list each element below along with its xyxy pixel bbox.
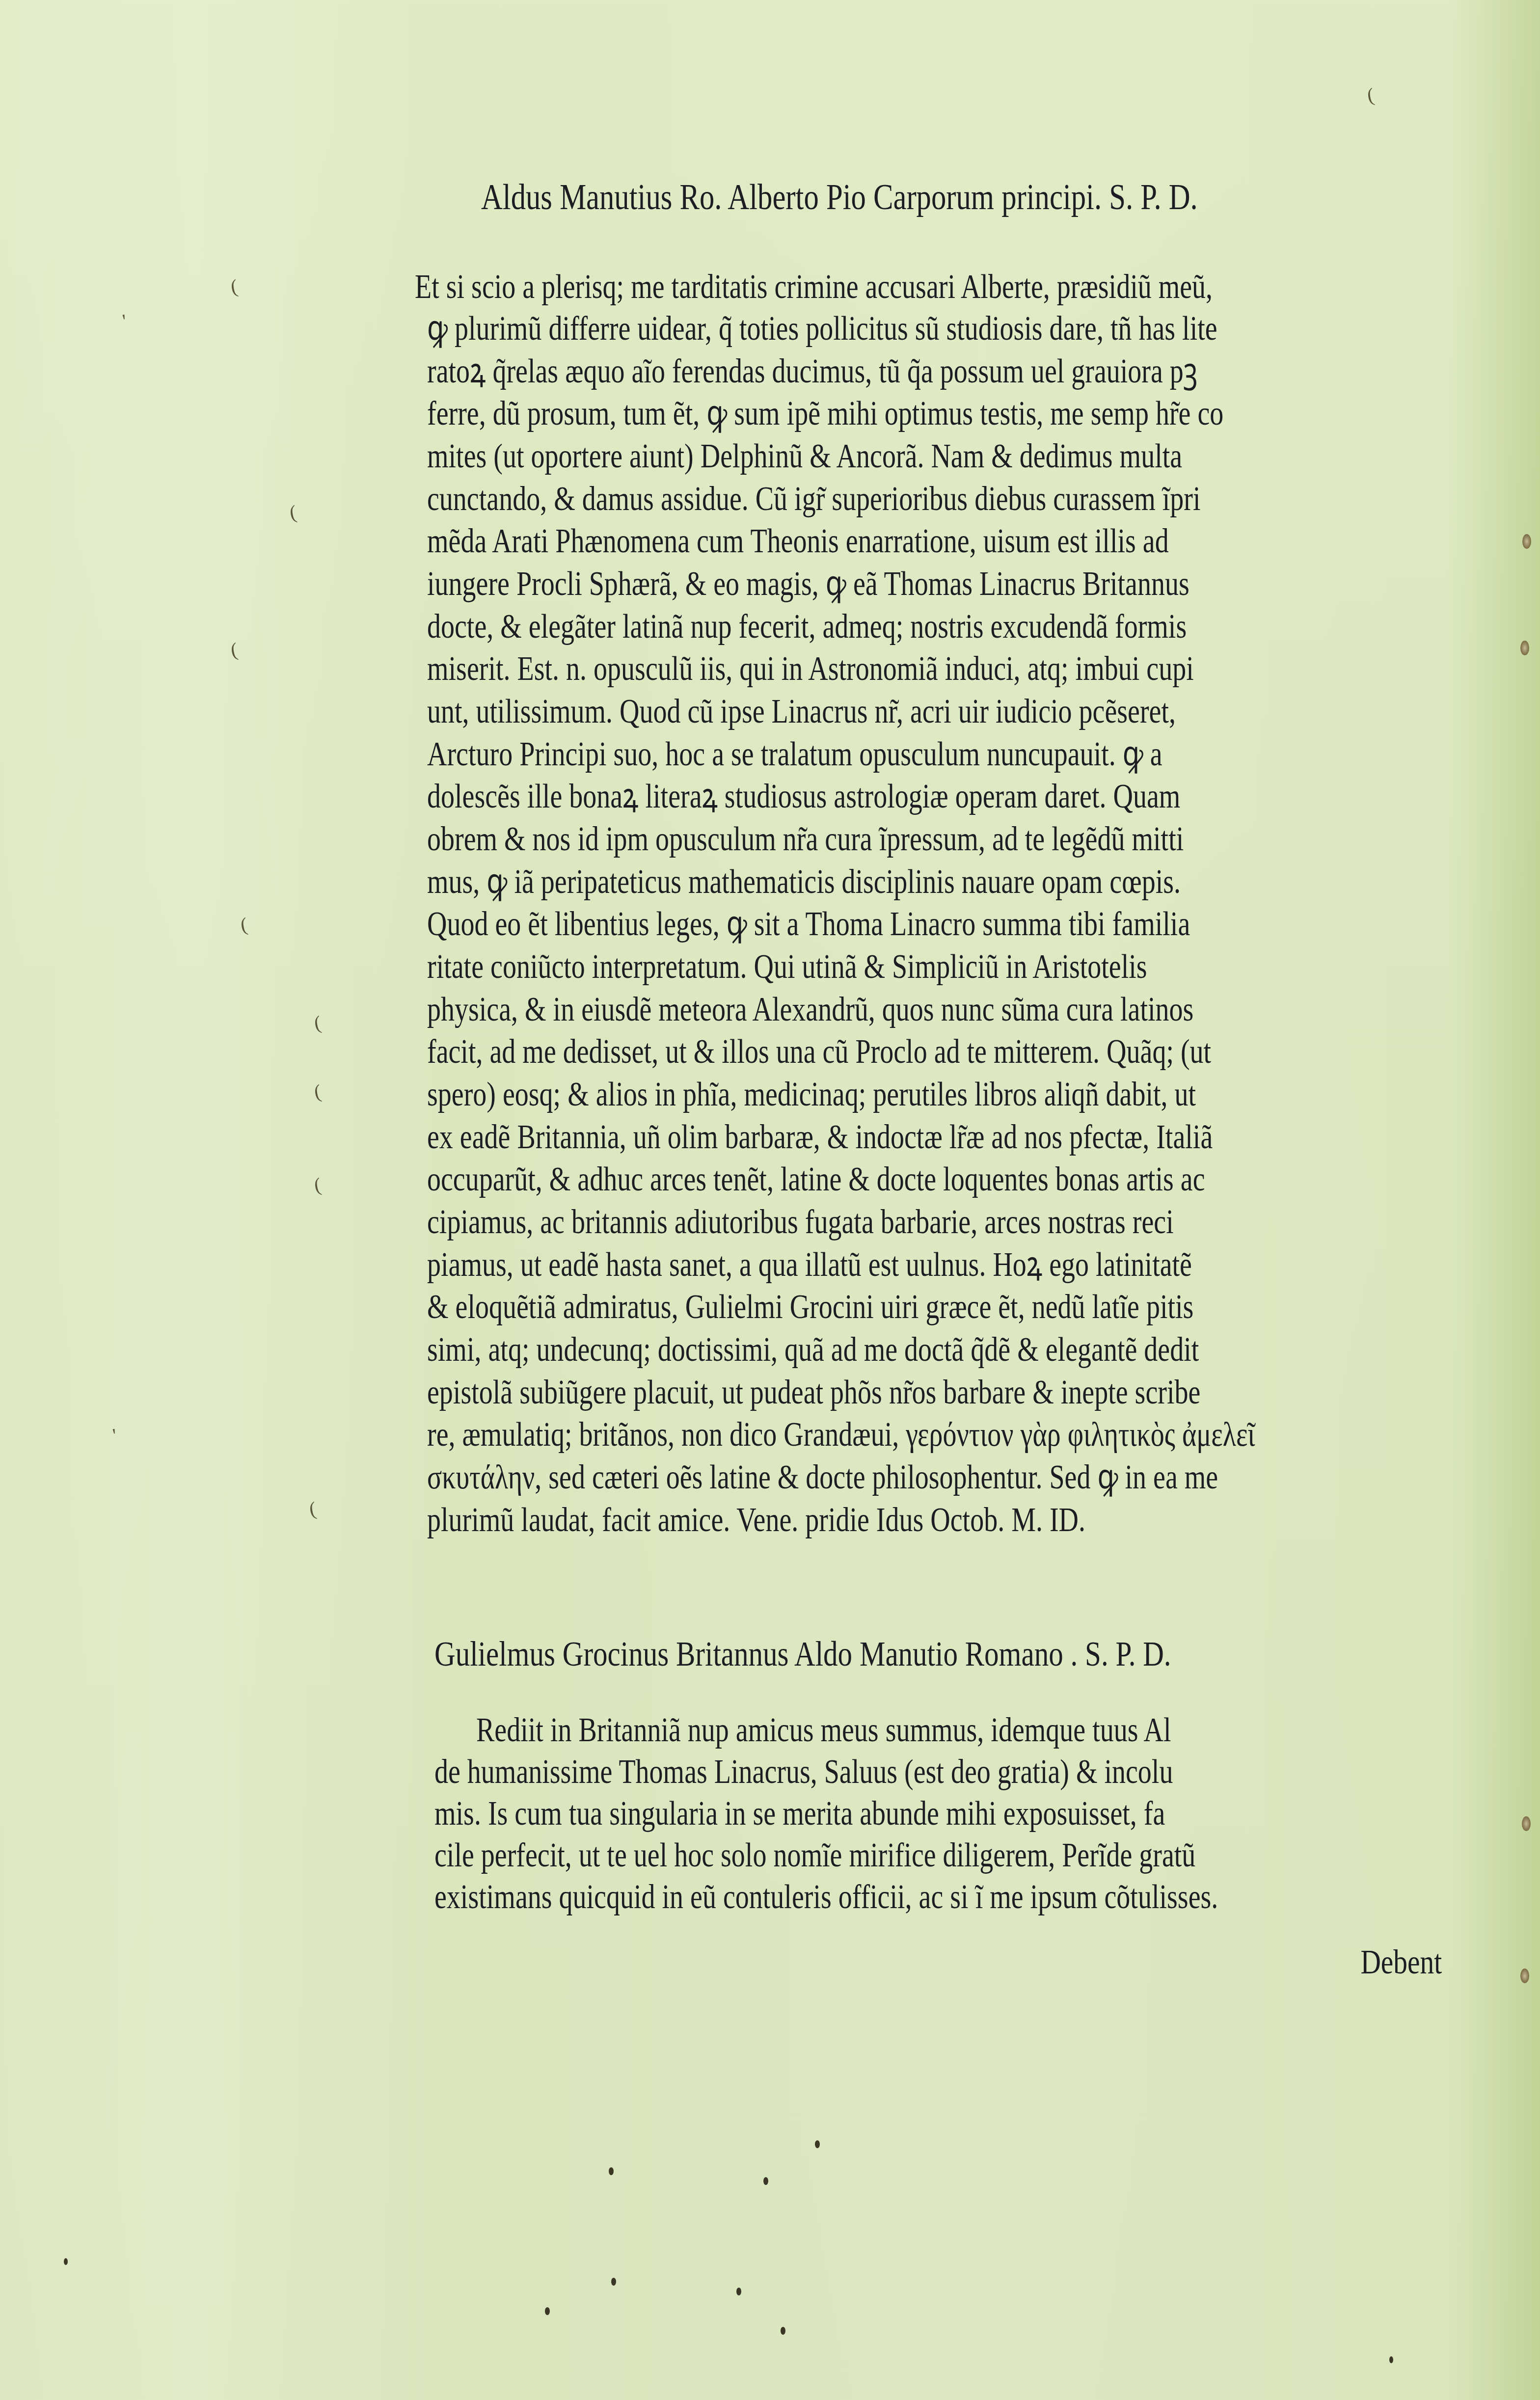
catchword: Debent [1360,1943,1442,1982]
text-line: ratoꝝ q̃relas æquo aĩo ferendas ducimus,… [427,350,1197,394]
ink-speck [781,2327,785,2335]
text-line: docte, & elegãter latinã nup fecerit, ad… [427,605,1187,649]
text-line: & eloquẽtiã admiratus, Gulielmi Grocini … [427,1285,1193,1329]
text-line: cile perfecit, ut te uel hoc solo nomĩe … [434,1834,1195,1878]
text-line: re, æmulatiq; britãnos, non dico Grandæu… [427,1413,1255,1457]
wormhole [1520,1969,1529,1983]
text-line: iungere Procli Sphærã, & eo magis, ꝙ eã … [427,562,1189,606]
text-line: cipiamus, ac britannis adiutoribus fugat… [427,1200,1174,1244]
ink-speck [545,2307,550,2315]
text-line: Arcturo Principi suo, hoc a se tralatum … [427,732,1162,777]
text-line: occuparũt, & adhuc arces tenẽt, latine &… [427,1158,1205,1202]
ink-speck [763,2177,768,2185]
text-line: miserit. Est. n. opusculũ iis, qui in As… [427,647,1194,691]
ink-speck [611,2278,616,2286]
text-line: mẽda Arati Phænomena cum Theonis enarrat… [427,519,1169,564]
text-line: Rediit in Britanniã nup amicus meus summ… [476,1708,1171,1753]
text-line: ex eadẽ Britannia, uñ olim barbaræ, & in… [427,1115,1213,1160]
text-line: de humanissime Thomas Linacrus, Saluus (… [434,1750,1173,1794]
text-line: mus, ꝙ iã peripateticus mathematicis dis… [427,860,1181,904]
text-line: facit, ad me dedisset, ut & illos una cũ… [427,1030,1211,1074]
ink-speck [815,2140,820,2148]
text-line: ferre, dũ prosum, tum ẽt, ꝙ sum ipẽ mihi… [427,392,1223,436]
wormhole [1520,641,1529,655]
text-line: unt, utilissimum. Quod cũ ipse Linacrus … [427,690,1176,734]
letter2-heading: Gulielmus Grocinus Britannus Aldo Manuti… [434,1634,1171,1674]
text-line: physica, & in eiusdẽ meteora Alexandrũ, … [427,988,1193,1032]
text-line: ritate coniũcto interpretatum. Qui utinã… [427,945,1147,989]
text-line: epistolã subiũgere placuit, ut pudeat ph… [427,1371,1200,1415]
text-line: mis. Is cum tua singularia in se merita … [434,1792,1165,1836]
text-line: cunctando, & damus assidue. Cũ igr̃ supe… [427,477,1201,521]
wormhole [1522,1816,1531,1831]
text-line: plurimũ laudat, facit amice. Vene. pridi… [427,1498,1085,1542]
ink-speck [64,2258,68,2265]
text-line: dolescẽs ille bonaꝝ literaꝝ studiosus as… [427,775,1180,819]
ink-speck [1389,2356,1393,2363]
text-line: spero) eosq; & alios in phĩa, medicinaq;… [427,1073,1196,1117]
text-line: Et si scio a plerisq; me tarditatis crim… [415,265,1213,309]
text-line: obrem & nos id ipm opusculum nr̃a cura ĩ… [427,817,1184,862]
text-line: σκυτάλην, sed cæteri oẽs latine & docte … [427,1456,1218,1500]
text-line: piamus, ut eadẽ hasta sanet, a qua illat… [427,1243,1192,1287]
wormhole [1522,534,1531,549]
text-line: existimans quicquid in eũ contuleris off… [434,1875,1218,1919]
text-line: mites (ut oportere aiunt) Delphinũ & Anc… [427,434,1182,479]
ink-speck [609,2167,614,2175]
text-line: ꝙ plurimũ differre uidear, q̃ toties pol… [427,307,1217,351]
ink-speck [736,2288,741,2295]
text-line: Quod eo ẽt libentius leges, ꝙ sit a Thom… [427,902,1190,946]
letter1-heading: Aldus Manutius Ro. Alberto Pio Carporum … [481,177,1198,218]
text-line: simi, atq; undecunq; doctissimi, quã ad … [427,1328,1199,1372]
